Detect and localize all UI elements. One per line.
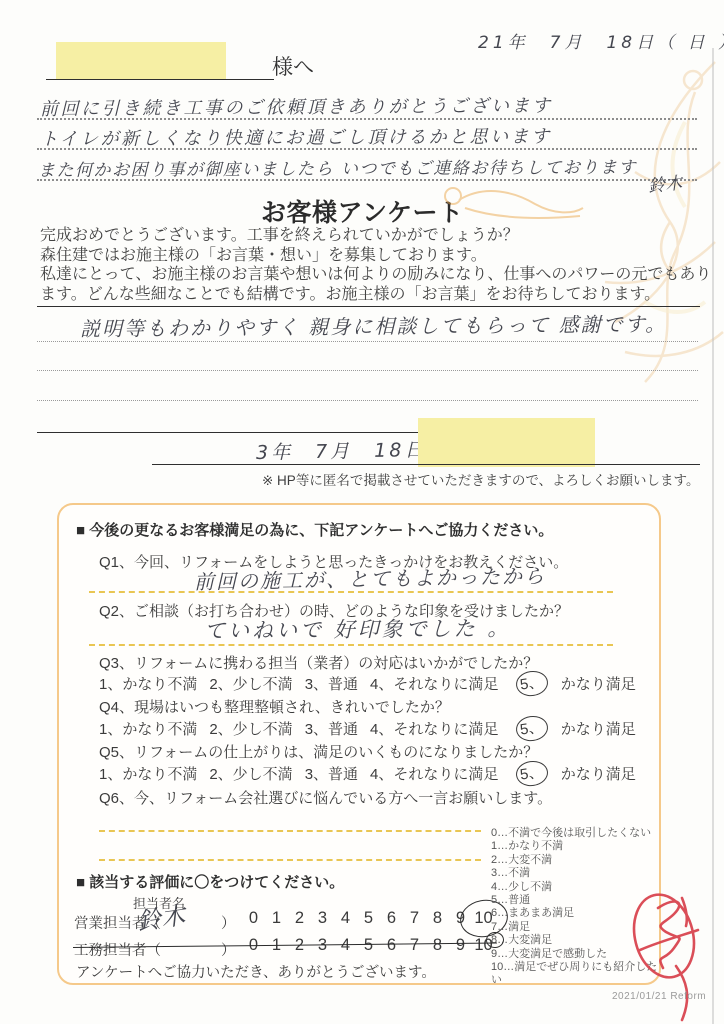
rating-number: 5 <box>357 909 380 928</box>
sales-rep-name: 鈴木 <box>135 895 187 936</box>
intro-line: ます。どんな些細なことでも結構です。お施主様の「お言葉」をお待ちしております。 <box>40 285 711 305</box>
recipient-name-redaction <box>56 42 226 79</box>
option-row-q3: 1、かなり不満 2、少し不満 3、普通 4、それなりに満足 5、 かなり満足 <box>99 671 636 696</box>
selected-option-circle: 5、 <box>515 759 551 788</box>
answer-line <box>89 591 613 593</box>
legend-item: 0…不満で今後は取引したくない <box>491 827 659 840</box>
option-item: 4、それなりに満足 <box>370 763 498 784</box>
writing-line <box>37 370 698 371</box>
survey-title: ■ 今後の更なるお客様満足の為に、下記アンケートへご協力ください。 <box>76 519 553 540</box>
option-item: 3、普通 <box>305 763 358 784</box>
rating-number: 4 <box>334 909 357 928</box>
recipient-underline <box>46 79 274 80</box>
signature-date: 3年 7月 18日 <box>256 435 427 465</box>
letter-line: また何かお困り事が御座いましたら いつでもご連絡お待ちしております <box>38 153 637 181</box>
option-item: 2、少し不満 <box>209 718 292 739</box>
option-item: 3、普通 <box>305 718 358 739</box>
question-label-q6: Q6、今、リフォーム会社選びに悩んでいる方へ一言お願いします。 <box>99 787 552 808</box>
question-answer-q2: ていねいで 好印象でした 。 <box>204 612 512 645</box>
selected-option-circle: 5、 <box>515 669 551 698</box>
selected-option-circle: 5、 <box>515 714 551 743</box>
anonymous-note: ※ HP等に匿名で掲載させていただきますので、よろしくお願いします。 <box>262 469 699 489</box>
intro-paragraph: 完成おめでとうございます。工事を終えられていかがでしょうか？ 森住建ではお施主様… <box>40 226 711 304</box>
rating-number: 3 <box>311 936 334 955</box>
option-row-q5: 1、かなり不満 2、少し不満 3、普通 4、それなりに満足 5、 かなり満足 <box>99 761 636 786</box>
rating-number: 6 <box>380 909 403 928</box>
question-label-q3: Q3、リフォームに携わる担当（業者）の対応はいかがでしたか？ <box>99 652 538 673</box>
letter-line: トイレが新しくなり快適にお過ごし頂けるかと思います <box>40 122 552 151</box>
answer-line <box>89 644 613 646</box>
rating-number: 1 <box>265 909 288 928</box>
writing-line <box>37 432 482 433</box>
intro-line: 森住建ではお施主様の「お言葉・想い」を募集しております。 <box>40 246 711 266</box>
rating-number: 8 <box>426 936 449 955</box>
paren-close: ） <box>221 939 236 960</box>
sales-rep-row: 営業担当者（ 鈴木 ） 0 1 2 3 4 5 6 7 8 9 10 <box>59 904 579 934</box>
page-title: お客様アンケート <box>261 193 464 229</box>
scan-date: 21年 7月 18日（ 日 ） <box>478 28 724 53</box>
rating-number: 7 <box>403 936 426 955</box>
writing-line <box>37 400 698 401</box>
rating-number: 3 <box>311 909 334 928</box>
rating-number: 7 <box>403 909 426 928</box>
option-item: 1、かなり不満 <box>99 763 197 784</box>
rating-number: 6 <box>380 936 403 955</box>
option-item: 4、それなりに満足 <box>370 673 498 694</box>
intro-line: 私達にとって、お施主様のお言葉や想いは何よりの励みになり、仕事へのパワーの元でも… <box>40 265 711 285</box>
rating-number: 5 <box>357 936 380 955</box>
construction-rep-label: 工務担当者（ <box>74 939 161 960</box>
scanned-survey-page: 21年 7月 18日（ 日 ） 様へ 前回に引き続き工事のご依頼頂きありがとうご… <box>0 0 724 1024</box>
title-flourish-icon <box>435 182 585 224</box>
writing-line <box>37 118 697 120</box>
writing-line <box>37 341 698 342</box>
option-row-q4: 1、かなり不満 2、少し不満 3、普通 4、それなりに満足 5、 かなり満足 <box>99 716 636 741</box>
writing-line <box>37 148 697 150</box>
rating-number: 2 <box>288 909 311 928</box>
question-label-q4: Q4、現場はいつも整理整頓され、きれいでしたか？ <box>99 696 450 717</box>
rating-number: 0 <box>242 909 265 928</box>
rating-title: ■ 該当する評価に〇をつけてください。 <box>76 871 344 892</box>
option-item: かなり満足 <box>561 763 636 784</box>
comment-top-line <box>37 306 700 307</box>
recipient-suffix: 様へ <box>272 51 314 81</box>
writing-line <box>37 179 697 181</box>
option-item: かなり満足 <box>561 673 636 694</box>
thanks-note: アンケートへご協力いただき、ありがとうございます。 <box>76 961 436 982</box>
legend-item: 1…かなり不満 <box>491 840 659 853</box>
option-item: かなり満足 <box>561 718 636 739</box>
signature-underline <box>152 464 700 465</box>
question-answer-q1: 前回の施工が、とてもよかったから <box>194 560 546 595</box>
intro-line: 完成おめでとうございます。工事を終えられていかがでしょうか？ <box>40 226 711 246</box>
construction-rep-row: 工務担当者（ ） 0 1 2 3 4 5 6 7 8 9 10 <box>59 932 579 962</box>
survey-box: ■ 今後の更なるお客様満足の為に、下記アンケートへご協力ください。 Q1、今回、… <box>57 503 661 985</box>
option-item: 1、かなり不満 <box>99 718 197 739</box>
option-item: 2、少し不満 <box>209 763 292 784</box>
rating-number: 10 <box>472 936 495 955</box>
rating-number: 4 <box>334 936 357 955</box>
answer-line <box>99 859 481 861</box>
paren-close: ） <box>221 912 236 933</box>
letter-line: 前回に引き続き工事のご依頼頂きありがとうございます <box>40 91 553 121</box>
question-label-q5: Q5、リフォームの仕上がりは、満足のいくものになりましたか？ <box>99 741 538 762</box>
option-item: 2、少し不満 <box>209 673 292 694</box>
option-item: 1、かなり不満 <box>99 673 197 694</box>
form-version: 2021/01/21 Reform <box>612 991 706 1002</box>
rating-number: 8 <box>426 909 449 928</box>
signature-name-redaction <box>418 418 595 467</box>
legend-item: 2…大変不満 <box>491 854 659 867</box>
rating-number: 9 <box>449 936 472 955</box>
staff-signature: 鈴木 <box>647 169 683 197</box>
option-item: 4、それなりに満足 <box>370 718 498 739</box>
hanko-stamp-icon <box>616 878 720 1024</box>
option-item: 3、普通 <box>305 673 358 694</box>
answer-line <box>99 830 481 832</box>
comment-handwritten: 説明等もわかりやすく 親身に相談してもらって 感謝です。 <box>80 308 667 342</box>
